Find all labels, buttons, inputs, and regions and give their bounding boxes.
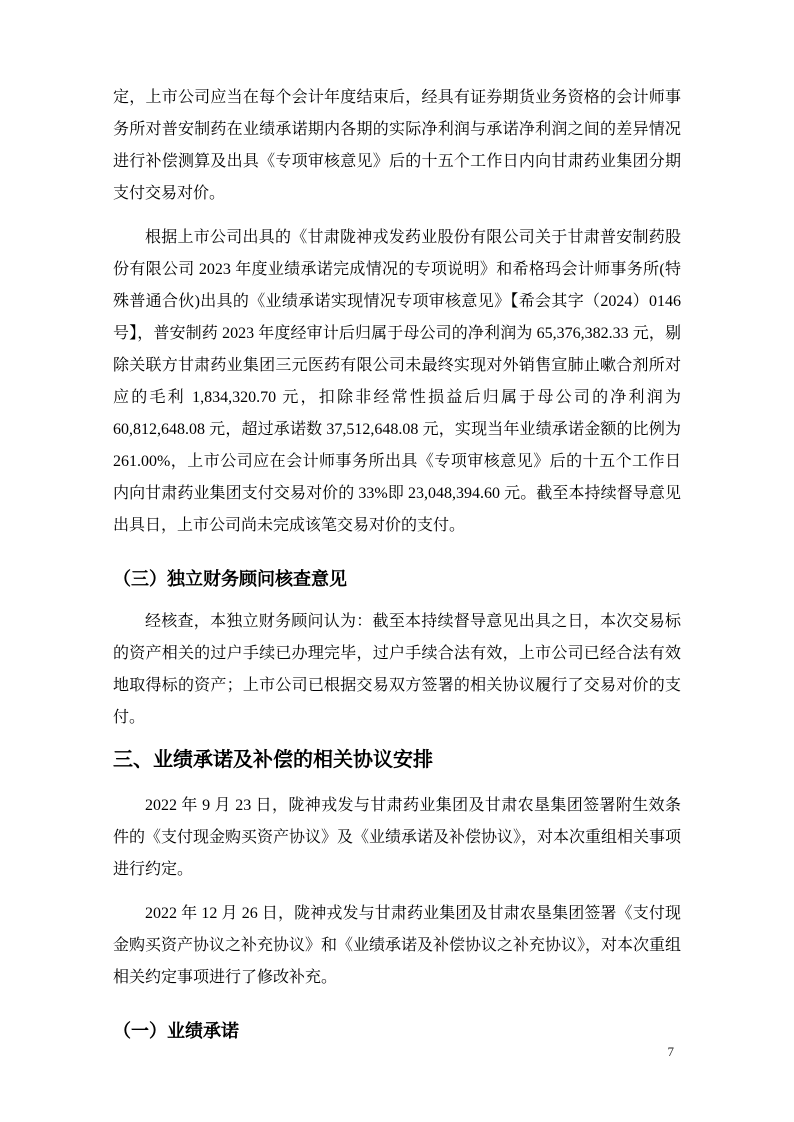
- body-paragraph-payment-arrangement-continued: 定，上市公司应当在每个会计年度结束后，经具有证券期货业务资格的会计师事务所对普安…: [113, 82, 681, 210]
- subsection-heading-performance-commitment: （一）业绩承诺: [113, 1018, 681, 1044]
- document-content: 定，上市公司应当在每个会计年度结束后，经具有证券期货业务资格的会计师事务所对普安…: [113, 82, 681, 1058]
- section-heading-performance-commitment-agreements: 三、业绩承诺及补偿的相关协议安排: [113, 746, 681, 774]
- document-page: 定，上市公司应当在每个会计年度结束后，经具有证券期货业务资格的会计师事务所对普安…: [0, 0, 794, 1122]
- body-paragraph-advisor-verification: 经核查，本独立财务顾问认为：截至本持续督导意见出具之日，本次交易标的资产相关的过…: [113, 606, 681, 734]
- body-paragraph-agreement-2022-09-23: 2022 年 9 月 23 日，陇神戎发与甘肃药业集团及甘肃农垦集团签署附生效条…: [113, 790, 681, 886]
- body-paragraph-agreement-2022-12-26: 2022 年 12 月 26 日，陇神戎发与甘肃药业集团及甘肃农垦集团签署《支付…: [113, 898, 681, 994]
- subsection-heading-independent-advisor-opinion: （三）独立财务顾问核查意见: [113, 566, 681, 592]
- page-number: 7: [668, 1044, 675, 1060]
- body-paragraph-2023-performance-result: 根据上市公司出具的《甘肃陇神戎发药业股份有限公司关于甘肃普安制药股份有限公司 2…: [113, 222, 681, 542]
